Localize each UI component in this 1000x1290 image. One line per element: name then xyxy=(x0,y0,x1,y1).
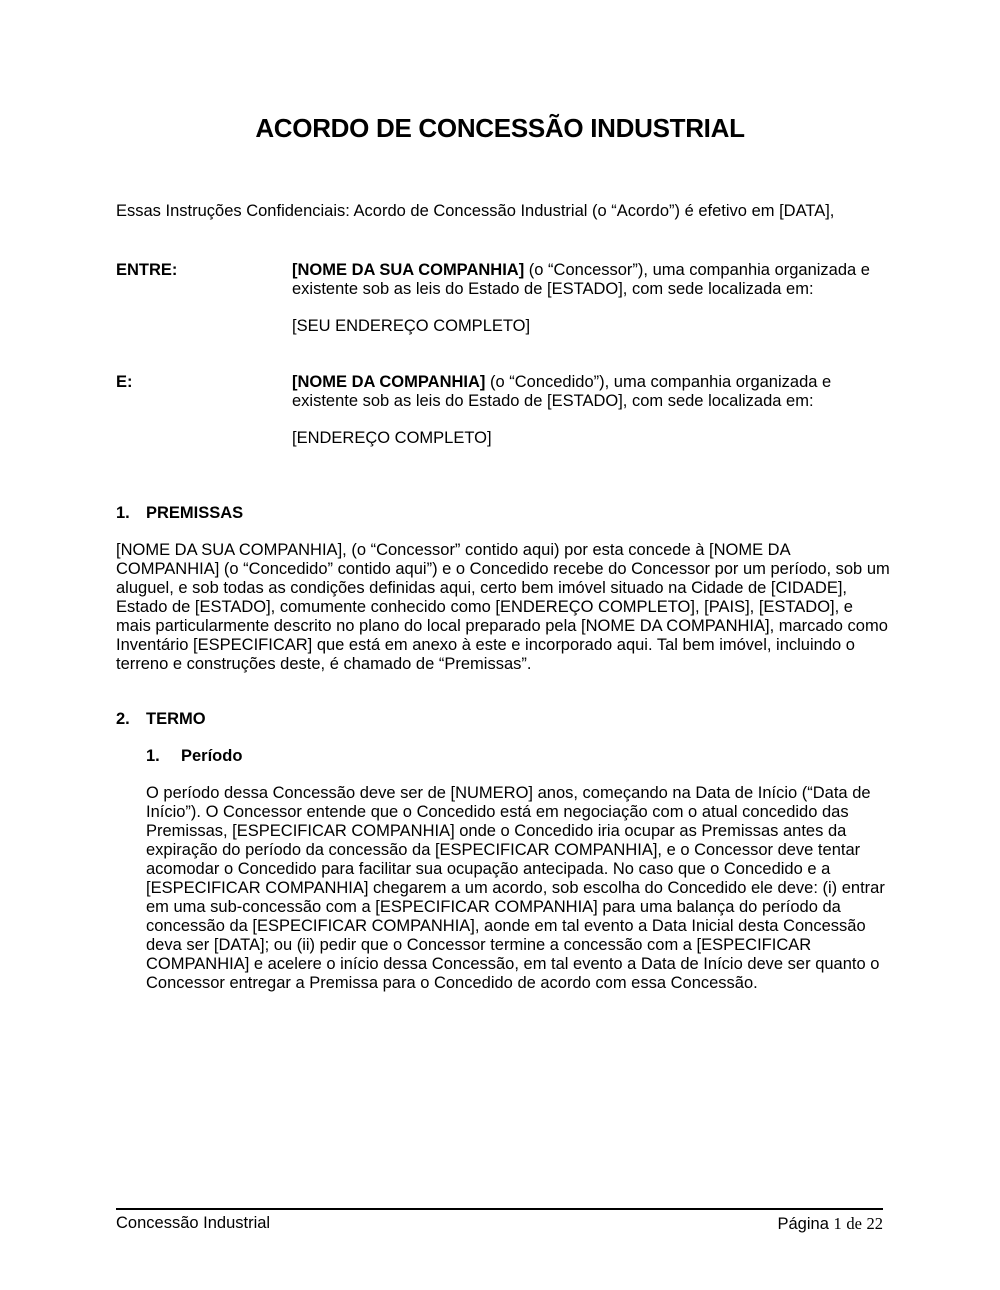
footer-document-name: Concessão Industrial xyxy=(116,1214,270,1233)
intro-paragraph: Essas Instruções Confidenciais: Acordo d… xyxy=(116,202,834,221)
party-label-entre: ENTRE: xyxy=(116,261,177,280)
party-grantee-name: [NOME DA COMPANHIA] xyxy=(292,373,485,391)
document-title: ACORDO DE CONCESSÃO INDUSTRIAL xyxy=(0,113,1000,144)
party-label-e: E: xyxy=(116,373,133,392)
document-page: ACORDO DE CONCESSÃO INDUSTRIAL Essas Ins… xyxy=(0,0,1000,1290)
party-grantee-address: [ENDEREÇO COMPLETO] xyxy=(292,429,492,448)
section-2-number: 2. xyxy=(116,710,130,729)
party-grantor-text: [NOME DA SUA COMPANHIA] (o “Concessor”),… xyxy=(292,261,892,299)
section-2-title: TERMO xyxy=(146,710,206,729)
subsection-2-1-title: Período xyxy=(181,747,242,766)
section-1-number: 1. xyxy=(116,504,130,523)
footer-page-number: Página 1 de 22 xyxy=(778,1214,884,1234)
subsection-2-1-number: 1. xyxy=(146,747,160,766)
party-grantor-address: [SEU ENDEREÇO COMPLETO] xyxy=(292,317,530,336)
party-grantor-name: [NOME DA SUA COMPANHIA] xyxy=(292,261,524,279)
section-1-paragraph: [NOME DA SUA COMPANHIA], (o “Concessor” … xyxy=(116,541,896,674)
footer-divider xyxy=(116,1208,883,1210)
section-1-title: PREMISSAS xyxy=(146,504,243,523)
subsection-2-1-paragraph: O período dessa Concessão deve ser de [N… xyxy=(146,784,891,993)
party-grantee-text: [NOME DA COMPANHIA] (o “Concedido”), uma… xyxy=(292,373,892,411)
